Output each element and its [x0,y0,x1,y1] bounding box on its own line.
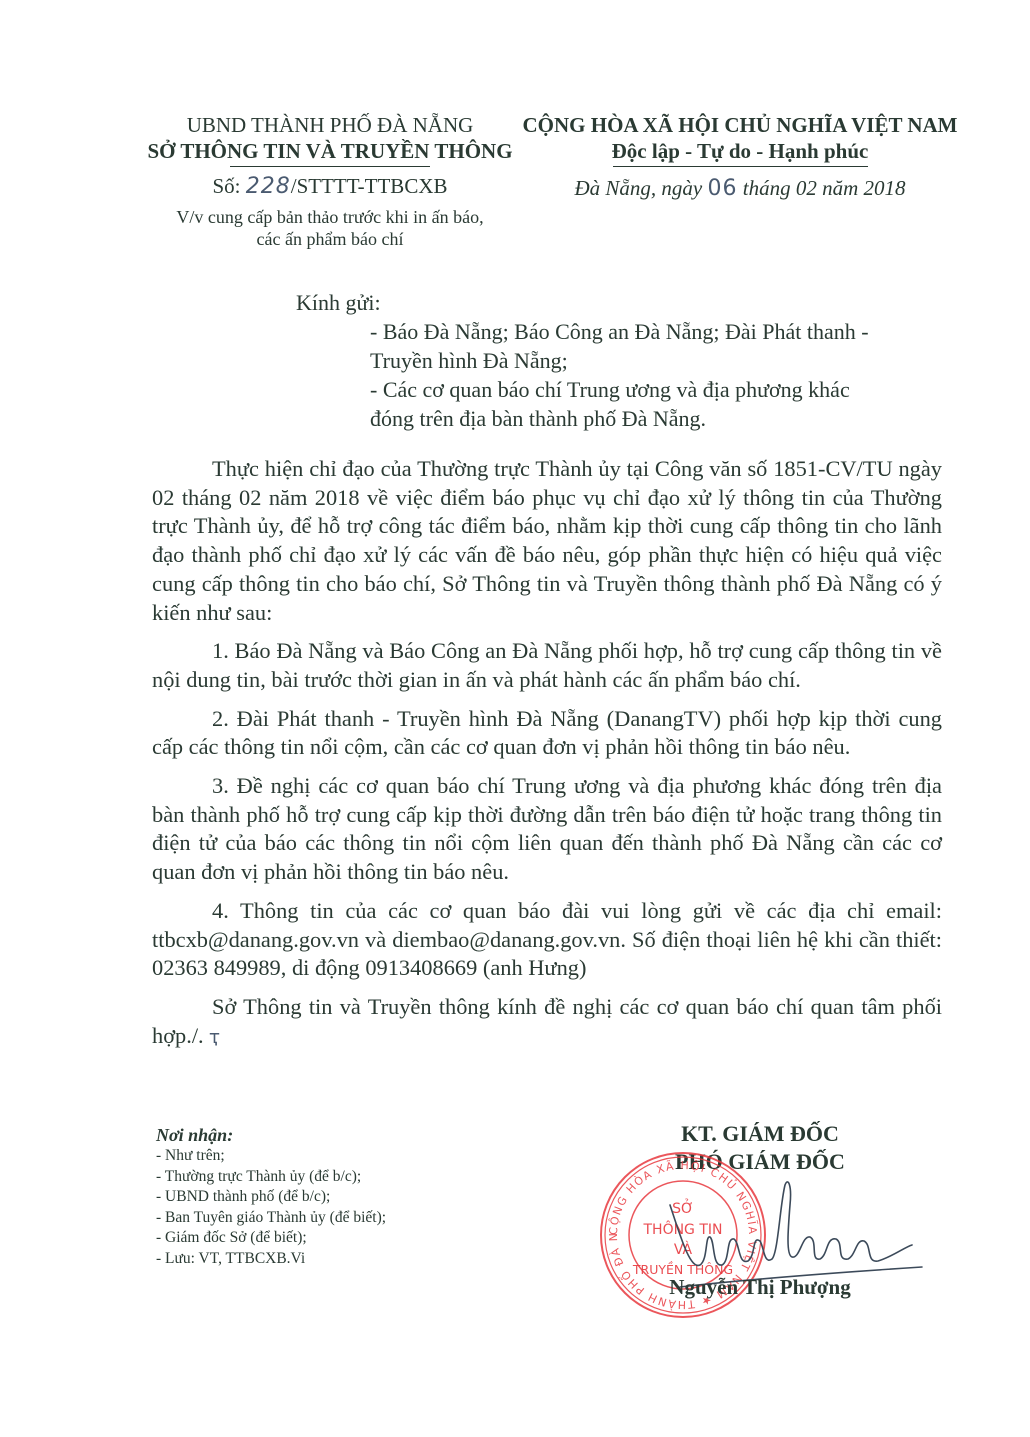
recipient-line: Truyền hình Đà Nẵng; [296,346,946,375]
date-day-handwritten: 06 [708,176,738,201]
signer-name: Nguyễn Thị Phượng [590,1275,930,1300]
motto-underline [613,166,868,167]
recipient-line: - Báo Đà Nẵng; Báo Công an Đà Nẵng; Đài … [296,317,946,346]
body-paragraph-1: 1. Báo Đà Nẵng và Báo Công an Đà Nẵng ph… [152,637,942,694]
number-handwritten: 228 [246,174,291,199]
recipients-label: Kính gửi: [296,288,946,317]
issuer-underline [230,166,430,167]
document-date: Đà Nẵng, ngày 06 tháng 02 năm 2018 [520,175,960,202]
cc-item: - Ban Tuyên giáo Thành ủy (để biết); [156,1208,536,1229]
national-header: CỘNG HÒA XÃ HỘI CHỦ NGHĨA VIỆT NAM Độc l… [520,112,960,202]
cc-item: - Lưu: VT, TTBCXB.Vi [156,1249,536,1270]
initial-mark: ҭ [209,1027,220,1048]
cc-item: - Giám đốc Sở (để biết); [156,1228,536,1249]
body-paragraph-intro: Thực hiện chỉ đạo của Thường trực Thành … [152,455,942,627]
issuer-name: SỞ THÔNG TIN VÀ TRUYỀN THÔNG [130,138,530,164]
cc-item: - Thường trực Thành ủy (để b/c); [156,1167,536,1188]
issuer-parent: UBND THÀNH PHỐ ĐÀ NẴNG [130,112,530,138]
cc-title: Nơi nhận: [156,1124,536,1146]
recipients-block: Kính gửi: - Báo Đà Nẵng; Báo Công an Đà … [296,288,946,433]
body-paragraph-3: 3. Đề nghị các cơ quan báo chí Trung ươn… [152,772,942,887]
issuer-block: UBND THÀNH PHỐ ĐÀ NẴNG SỞ THÔNG TIN VÀ T… [130,112,530,250]
body-paragraph-2: 2. Đài Phát thanh - Truyền hình Đà Nẵng … [152,705,942,762]
document-number: Số: 228/STTTT-TTBCXB [130,173,530,200]
body-paragraph-4: 4. Thông tin của các cơ quan báo đài vui… [152,897,942,983]
body-closing: Sở Thông tin và Truyền thông kính đề ngh… [152,993,942,1052]
national-title: CỘNG HÒA XÃ HỘI CHỦ NGHĨA VIỆT NAM [520,112,960,138]
cc-item: - UBND thành phố (để b/c); [156,1187,536,1208]
cc-item: - Như trên; [156,1146,536,1167]
recipient-line: đóng trên địa bàn thành phố Đà Nẵng. [296,404,946,433]
cc-list: Nơi nhận: - Như trên; - Thường trực Thàn… [156,1124,536,1269]
subject: V/v cung cấp bản thảo trước khi in ấn bá… [130,206,530,250]
recipient-line: - Các cơ quan báo chí Trung ương và địa … [296,375,946,404]
signature-title-1: KT. GIÁM ĐỐC [590,1120,930,1148]
national-motto: Độc lập - Tự do - Hạnh phúc [520,138,960,164]
letter-body: Thực hiện chỉ đạo của Thường trực Thành … [152,455,942,1062]
